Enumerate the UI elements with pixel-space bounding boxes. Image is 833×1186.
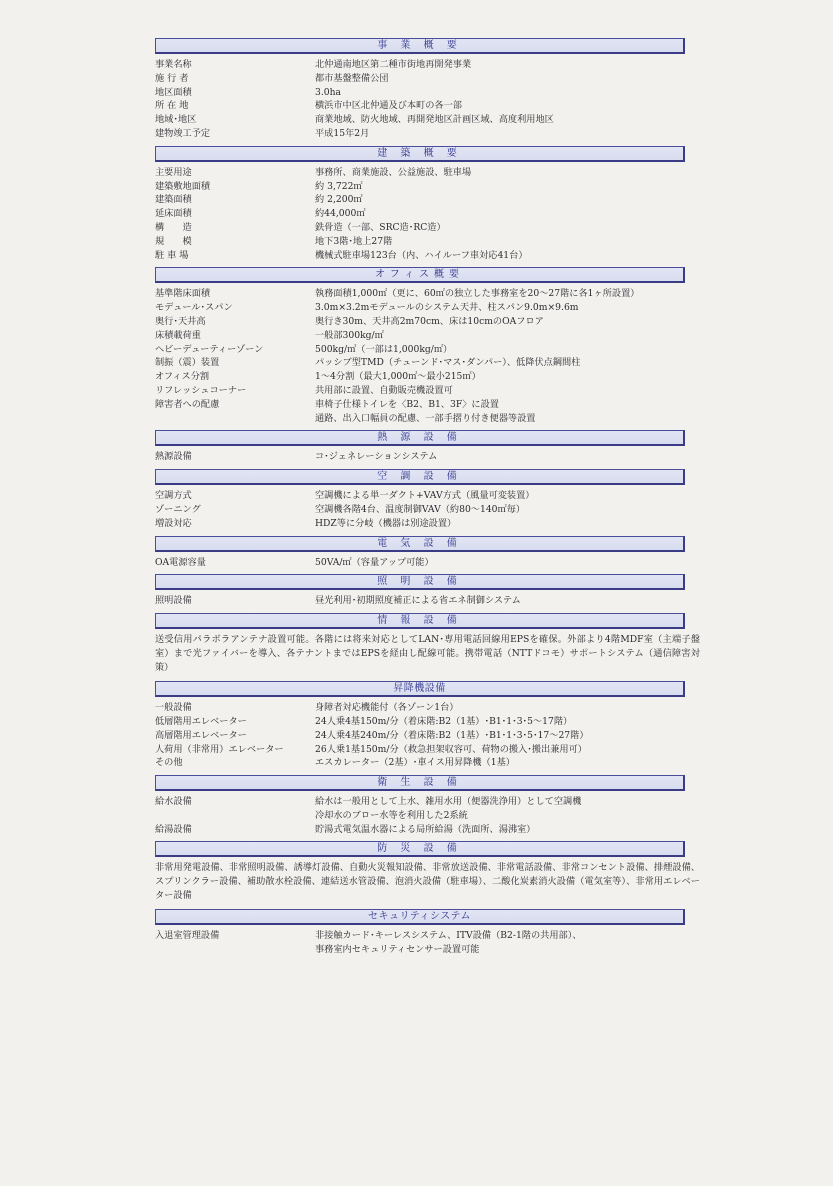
spec-label: 人荷用（非常用）エレベーター xyxy=(155,743,315,757)
spec-label: 基準階床面積 xyxy=(155,287,315,301)
spec-label: OA電源容量 xyxy=(155,556,315,570)
section: 衛 生 設 備給水設備給水は一般用として上水、雑用水用（便器洗浄用）として空調機… xyxy=(155,775,685,836)
spec-label: 事業名称 xyxy=(155,58,315,72)
spec-row: OA電源容量50VA/㎡（容量アップ可能） xyxy=(155,556,685,570)
spec-row: ゾーニング空調機各階4台、温度制御VAV（約80〜140㎡毎） xyxy=(155,503,685,517)
spec-value: 一般部300kg/㎡ xyxy=(315,329,685,343)
spec-label: ヘビーデューティーゾーン xyxy=(155,343,315,357)
spec-value: 約 2,200㎡ xyxy=(315,193,685,207)
spec-value: 24人乗4基150m/分（着床階:B2（1基）･B1･1･3･5〜17階） xyxy=(315,715,685,729)
spec-value: 平成15年2月 xyxy=(315,127,685,141)
spec-row: その他エスカレーター（2基）･車イス用昇降機（1基） xyxy=(155,756,685,770)
section: 事 業 概 要事業名称北仲通南地区第二種市街地再開発事業施 行 者都市基盤整備公… xyxy=(155,38,685,141)
spec-value: 共用部に設置、自動販売機設置可 xyxy=(315,384,685,398)
spec-label: 地区面積 xyxy=(155,86,315,100)
spec-label: 制振（震）装置 xyxy=(155,356,315,370)
spec-value: 26人乗1基150m/分（救急担架収容可、荷物の搬入･搬出兼用可） xyxy=(315,743,685,757)
spec-label: 照明設備 xyxy=(155,594,315,608)
spec-label: 給水設備 xyxy=(155,795,315,809)
section-header: 情 報 設 備 xyxy=(155,613,685,629)
spec-row: モデュール･スパン3.0m×3.2mモデュールのシステム天井、柱スパン9.0m×… xyxy=(155,301,685,315)
spec-row: オフィス分割1〜4分割（最大1,000㎡〜最小215㎡） xyxy=(155,370,685,384)
spec-row: ヘビーデューティーゾーン500kg/㎡（一部は1,000kg/㎡） xyxy=(155,343,685,357)
spec-row: 熱源設備コ･ジェネレーションシステム xyxy=(155,450,685,464)
spec-rows: 空調方式空調機による単一ダクト+VAV方式（風量可変装置）ゾーニング空調機各階4… xyxy=(155,489,685,530)
spec-rows: OA電源容量50VA/㎡（容量アップ可能） xyxy=(155,556,685,570)
spec-row: 高層階用エレベーター24人乗4基240m/分（着床階:B2（1基）･B1･1･3… xyxy=(155,729,685,743)
section: 情 報 設 備送受信用パラボラアンテナ設置可能。各階には将来対応としてLAN･専… xyxy=(155,613,685,675)
spec-row: 事務室内セキュリティセンサー設置可能 xyxy=(155,943,685,957)
spec-label: 規 模 xyxy=(155,235,315,249)
spec-row: 奥行･天井高奥行き30m、天井高2m70cm、床は10cmのOAフロア xyxy=(155,315,685,329)
spec-value: パッシブ型TMD（チューンド･マス･ダンパー）、低降伏点鋼間柱 xyxy=(315,356,685,370)
section: 昇降機設備一般設備身障者対応機能付（各ゾーン1台）低層階用エレベーター24人乗4… xyxy=(155,681,685,770)
spec-row: 通路、出入口幅員の配慮、一部手摺り付き便器等設置 xyxy=(155,412,685,426)
spec-row: 低層階用エレベーター24人乗4基150m/分（着床階:B2（1基）･B1･1･3… xyxy=(155,715,685,729)
section-header: 昇降機設備 xyxy=(155,681,685,697)
spec-row: 延床面積約44,000㎡ xyxy=(155,207,685,221)
section: セキュリティシステム入退室管理設備非接触カード･キーレスシステム、ITV設備（B… xyxy=(155,909,685,957)
spec-label: 施 行 者 xyxy=(155,72,315,86)
section: 電 気 設 備OA電源容量50VA/㎡（容量アップ可能） xyxy=(155,536,685,570)
spec-value: 北仲通南地区第二種市街地再開発事業 xyxy=(315,58,685,72)
spec-value: エスカレーター（2基）･車イス用昇降機（1基） xyxy=(315,756,685,770)
spec-row: 給水設備給水は一般用として上水、雑用水用（便器洗浄用）として空調機 xyxy=(155,795,685,809)
spec-row: 構 造鉄骨造（一部、SRC造･RC造） xyxy=(155,221,685,235)
spec-label: 給湯設備 xyxy=(155,823,315,837)
spec-value: 24人乗4基240m/分（着床階:B2（1基）･B1･1･3･5･17〜27階） xyxy=(315,729,685,743)
section-header: 防 災 設 備 xyxy=(155,841,685,857)
spec-label: 入退室管理設備 xyxy=(155,929,315,943)
spec-label: 駐 車 場 xyxy=(155,249,315,263)
spec-value: 車椅子仕様トイレを〈B2、B1、3F〉に設置 xyxy=(315,398,685,412)
section-header: 電 気 設 備 xyxy=(155,536,685,552)
spec-row: 冷却水のブロー水等を利用した2系統 xyxy=(155,809,685,823)
spec-label: オフィス分割 xyxy=(155,370,315,384)
spec-value: 給水は一般用として上水、雑用水用（便器洗浄用）として空調機 xyxy=(315,795,685,809)
spec-label: 一般設備 xyxy=(155,701,315,715)
spec-value: 空調機による単一ダクト+VAV方式（風量可変装置） xyxy=(315,489,685,503)
spec-label: 熱源設備 xyxy=(155,450,315,464)
spec-row: 増設対応HDZ等に分岐（機器は別途設置） xyxy=(155,517,685,531)
spec-rows: 一般設備身障者対応機能付（各ゾーン1台）低層階用エレベーター24人乗4基150m… xyxy=(155,701,685,770)
spec-value: 横浜市中区北仲通及び本町の各一部 xyxy=(315,99,685,113)
spec-value: 50VA/㎡（容量アップ可能） xyxy=(315,556,685,570)
spec-row: リフレッシュコーナー共用部に設置、自動販売機設置可 xyxy=(155,384,685,398)
spec-value: 通路、出入口幅員の配慮、一部手摺り付き便器等設置 xyxy=(315,412,685,426)
spec-row: 障害者への配慮車椅子仕様トイレを〈B2、B1、3F〉に設置 xyxy=(155,398,685,412)
spec-rows: 事業名称北仲通南地区第二種市街地再開発事業施 行 者都市基盤整備公団地区面積3.… xyxy=(155,58,685,141)
spec-value: 事務室内セキュリティセンサー設置可能 xyxy=(315,943,685,957)
spec-row: 空調方式空調機による単一ダクト+VAV方式（風量可変装置） xyxy=(155,489,685,503)
spec-value: コ･ジェネレーションシステム xyxy=(315,450,685,464)
spec-row: 施 行 者都市基盤整備公団 xyxy=(155,72,685,86)
spec-value: HDZ等に分岐（機器は別途設置） xyxy=(315,517,685,531)
section: オフィス概要基準階床面積執務面積1,000㎡（更に、60㎡の独立した事務室を20… xyxy=(155,267,685,425)
spec-label: 増設対応 xyxy=(155,517,315,531)
spec-row: 人荷用（非常用）エレベーター26人乗1基150m/分（救急担架収容可、荷物の搬入… xyxy=(155,743,685,757)
spec-label: 奥行･天井高 xyxy=(155,315,315,329)
spec-row: 規 模地下3階･地上27階 xyxy=(155,235,685,249)
spec-row: 一般設備身障者対応機能付（各ゾーン1台） xyxy=(155,701,685,715)
spec-label: 所 在 地 xyxy=(155,99,315,113)
section-header: 熱 源 設 備 xyxy=(155,430,685,446)
spec-sheet: 事 業 概 要事業名称北仲通南地区第二種市街地再開発事業施 行 者都市基盤整備公… xyxy=(155,38,685,962)
section: 熱 源 設 備熱源設備コ･ジェネレーションシステム xyxy=(155,430,685,464)
spec-row: 床積載荷重一般部300kg/㎡ xyxy=(155,329,685,343)
spec-label: ゾーニング xyxy=(155,503,315,517)
spec-label: 床積載荷重 xyxy=(155,329,315,343)
spec-value: 鉄骨造（一部、SRC造･RC造） xyxy=(315,221,685,235)
spec-row: 主要用途事務所、商業施設、公益施設、駐車場 xyxy=(155,166,685,180)
section-header: セキュリティシステム xyxy=(155,909,685,925)
section-header: 照 明 設 備 xyxy=(155,574,685,590)
spec-value: 執務面積1,000㎡（更に、60㎡の独立した事務室を20〜27階に各1ヶ所設置） xyxy=(315,287,685,301)
spec-row: 事業名称北仲通南地区第二種市街地再開発事業 xyxy=(155,58,685,72)
spec-label: その他 xyxy=(155,756,315,770)
section: 防 災 設 備非常用発電設備、非常照明設備、誘導灯設備、自動火災報知設備、非常放… xyxy=(155,841,685,903)
spec-row: 給湯設備貯湯式電気温水器による局所給湯（洗面所、湯沸室） xyxy=(155,823,685,837)
spec-label: 建物竣工予定 xyxy=(155,127,315,141)
spec-value: 機械式駐車場123台（内、ハイルーフ車対応41台） xyxy=(315,249,685,263)
section-header: 衛 生 設 備 xyxy=(155,775,685,791)
spec-label: 高層階用エレベーター xyxy=(155,729,315,743)
section: 空 調 設 備空調方式空調機による単一ダクト+VAV方式（風量可変装置）ゾーニン… xyxy=(155,469,685,530)
spec-value: 昼光利用･初期照度補正による省エネ制御システム xyxy=(315,594,685,608)
spec-label xyxy=(155,412,315,426)
section-header: 事 業 概 要 xyxy=(155,38,685,54)
spec-value: 都市基盤整備公団 xyxy=(315,72,685,86)
spec-value: 3.0ha xyxy=(315,86,685,100)
spec-label: リフレッシュコーナー xyxy=(155,384,315,398)
spec-label: 障害者への配慮 xyxy=(155,398,315,412)
spec-row: 基準階床面積執務面積1,000㎡（更に、60㎡の独立した事務室を20〜27階に各… xyxy=(155,287,685,301)
spec-value: 奥行き30m、天井高2m70cm、床は10cmのOAフロア xyxy=(315,315,685,329)
spec-label: 空調方式 xyxy=(155,489,315,503)
section: 建 築 概 要主要用途事務所、商業施設、公益施設、駐車場建築敷地面積約 3,72… xyxy=(155,146,685,263)
spec-value: 1〜4分割（最大1,000㎡〜最小215㎡） xyxy=(315,370,685,384)
spec-row: 照明設備昼光利用･初期照度補正による省エネ制御システム xyxy=(155,594,685,608)
spec-label: 建築面積 xyxy=(155,193,315,207)
spec-value: 身障者対応機能付（各ゾーン1台） xyxy=(315,701,685,715)
spec-rows: 照明設備昼光利用･初期照度補正による省エネ制御システム xyxy=(155,594,685,608)
spec-value: 約 3,722㎡ xyxy=(315,180,685,194)
spec-rows: 主要用途事務所、商業施設、公益施設、駐車場建築敷地面積約 3,722㎡建築面積約… xyxy=(155,166,685,263)
spec-value: 空調機各階4台、温度制御VAV（約80〜140㎡毎） xyxy=(315,503,685,517)
spec-row: 入退室管理設備非接触カード･キーレスシステム、ITV設備（B2-1階の共用部）、 xyxy=(155,929,685,943)
section-header: 建 築 概 要 xyxy=(155,146,685,162)
spec-label: 延床面積 xyxy=(155,207,315,221)
spec-value: 冷却水のブロー水等を利用した2系統 xyxy=(315,809,685,823)
spec-rows: 給水設備給水は一般用として上水、雑用水用（便器洗浄用）として空調機冷却水のブロー… xyxy=(155,795,685,836)
spec-row: 建物竣工予定平成15年2月 xyxy=(155,127,685,141)
spec-label: 主要用途 xyxy=(155,166,315,180)
spec-value: 事務所、商業施設、公益施設、駐車場 xyxy=(315,166,685,180)
section: 照 明 設 備照明設備昼光利用･初期照度補正による省エネ制御システム xyxy=(155,574,685,608)
spec-row: 制振（震）装置パッシブ型TMD（チューンド･マス･ダンパー）、低降伏点鋼間柱 xyxy=(155,356,685,370)
spec-value: 3.0m×3.2mモデュールのシステム天井、柱スパン9.0m×9.6m xyxy=(315,301,685,315)
spec-rows: 入退室管理設備非接触カード･キーレスシステム、ITV設備（B2-1階の共用部）、… xyxy=(155,929,685,957)
spec-label xyxy=(155,943,315,957)
section-paragraph: 非常用発電設備、非常照明設備、誘導灯設備、自動火災報知設備、非常放送設備、非常電… xyxy=(155,861,700,903)
spec-value: 商業地域、防火地域、再開発地区計画区域、高度利用地区 xyxy=(315,113,685,127)
spec-label: 構 造 xyxy=(155,221,315,235)
spec-row: 建築敷地面積約 3,722㎡ xyxy=(155,180,685,194)
spec-rows: 基準階床面積執務面積1,000㎡（更に、60㎡の独立した事務室を20〜27階に各… xyxy=(155,287,685,425)
spec-row: 建築面積約 2,200㎡ xyxy=(155,193,685,207)
spec-label: モデュール･スパン xyxy=(155,301,315,315)
section-header: オフィス概要 xyxy=(155,267,685,283)
spec-label: 低層階用エレベーター xyxy=(155,715,315,729)
spec-row: 所 在 地横浜市中区北仲通及び本町の各一部 xyxy=(155,99,685,113)
spec-value: 貯湯式電気温水器による局所給湯（洗面所、湯沸室） xyxy=(315,823,685,837)
spec-label: 地域･地区 xyxy=(155,113,315,127)
section-header: 空 調 設 備 xyxy=(155,469,685,485)
spec-value: 非接触カード･キーレスシステム、ITV設備（B2-1階の共用部）、 xyxy=(315,929,685,943)
spec-label: 建築敷地面積 xyxy=(155,180,315,194)
section-paragraph: 送受信用パラボラアンテナ設置可能。各階には将来対応としてLAN･専用電話回線用E… xyxy=(155,633,700,675)
spec-value: 地下3階･地上27階 xyxy=(315,235,685,249)
spec-row: 地域･地区商業地域、防火地域、再開発地区計画区域、高度利用地区 xyxy=(155,113,685,127)
spec-label xyxy=(155,809,315,823)
spec-value: 500kg/㎡（一部は1,000kg/㎡） xyxy=(315,343,685,357)
spec-row: 駐 車 場機械式駐車場123台（内、ハイルーフ車対応41台） xyxy=(155,249,685,263)
spec-row: 地区面積3.0ha xyxy=(155,86,685,100)
spec-value: 約44,000㎡ xyxy=(315,207,685,221)
spec-rows: 熱源設備コ･ジェネレーションシステム xyxy=(155,450,685,464)
